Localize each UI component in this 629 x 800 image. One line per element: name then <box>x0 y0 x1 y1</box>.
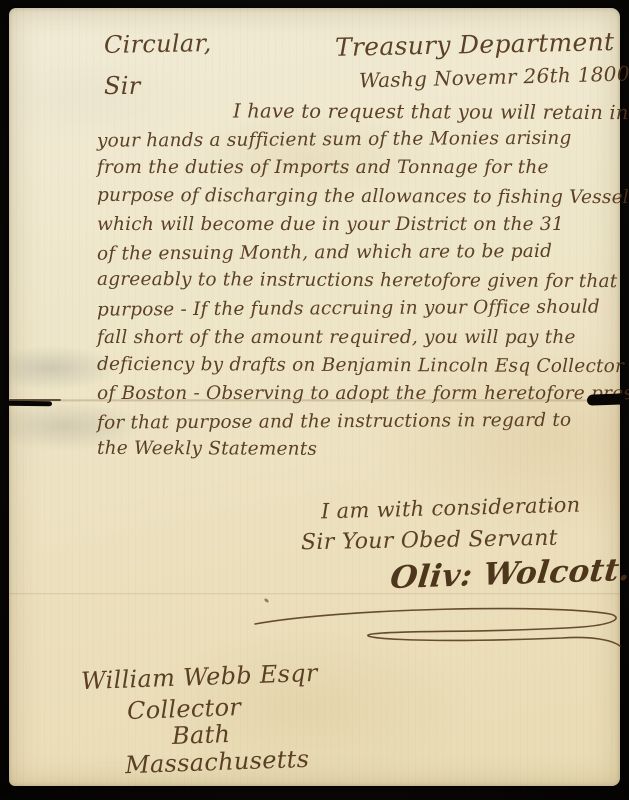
body-line: the Weekly Statements <box>97 435 625 466</box>
closing-consideration: I am with consideration <box>321 493 581 524</box>
body-line: which will become due in your District o… <box>97 211 625 239</box>
paper-tear-left <box>6 401 52 406</box>
salutation: Sir <box>104 72 141 100</box>
body-line: deficiency by drafts on Benjamin Lincoln… <box>97 351 625 382</box>
address-state: Massachusetts <box>125 745 310 779</box>
body-line: from the duties of Imports and Tonnage f… <box>97 154 625 182</box>
address-recipient: William Webb Esqr <box>81 659 319 695</box>
address-city: Bath <box>172 720 231 750</box>
body-line: I have to request that you will retain i… <box>97 97 625 128</box>
body-line: agreeably to the instructions heretofore… <box>97 266 625 297</box>
letterhead-date: Washg Novemr 26th 1800 <box>359 61 629 92</box>
body-line: your hands a sufficient sum of the Monie… <box>97 125 625 156</box>
body-line: of the ensuing Month, and which are to b… <box>97 237 625 268</box>
letter-paper: Circular, Treasury Department Washg Nove… <box>9 8 620 786</box>
annotation-circular: Circular, <box>104 29 212 59</box>
body-line: for that purpose and the instructions in… <box>97 407 625 438</box>
photo-background: { "colors": { "background": "#0a0806", "… <box>0 0 629 800</box>
fold-crease-faint <box>9 593 620 595</box>
paper-tear-right <box>587 393 625 405</box>
body-line: purpose - If the funds accruing in your … <box>97 294 625 325</box>
letter-body: I have to request that you will retain i… <box>97 98 625 465</box>
signature-flourish <box>252 600 624 650</box>
body-line: of Boston - Observing to adopt the form … <box>97 380 625 408</box>
letterhead-department: Treasury Department <box>335 27 615 62</box>
closing-obedient-servant: Sir Your Obed Servant <box>301 526 558 555</box>
signature-oliver-wolcott: Oliv: Wolcott. <box>389 552 629 596</box>
body-line: purpose of discharging the allowances to… <box>97 181 625 212</box>
body-line: fall short of the amount required, you w… <box>97 324 625 352</box>
ink-speck <box>549 507 553 510</box>
